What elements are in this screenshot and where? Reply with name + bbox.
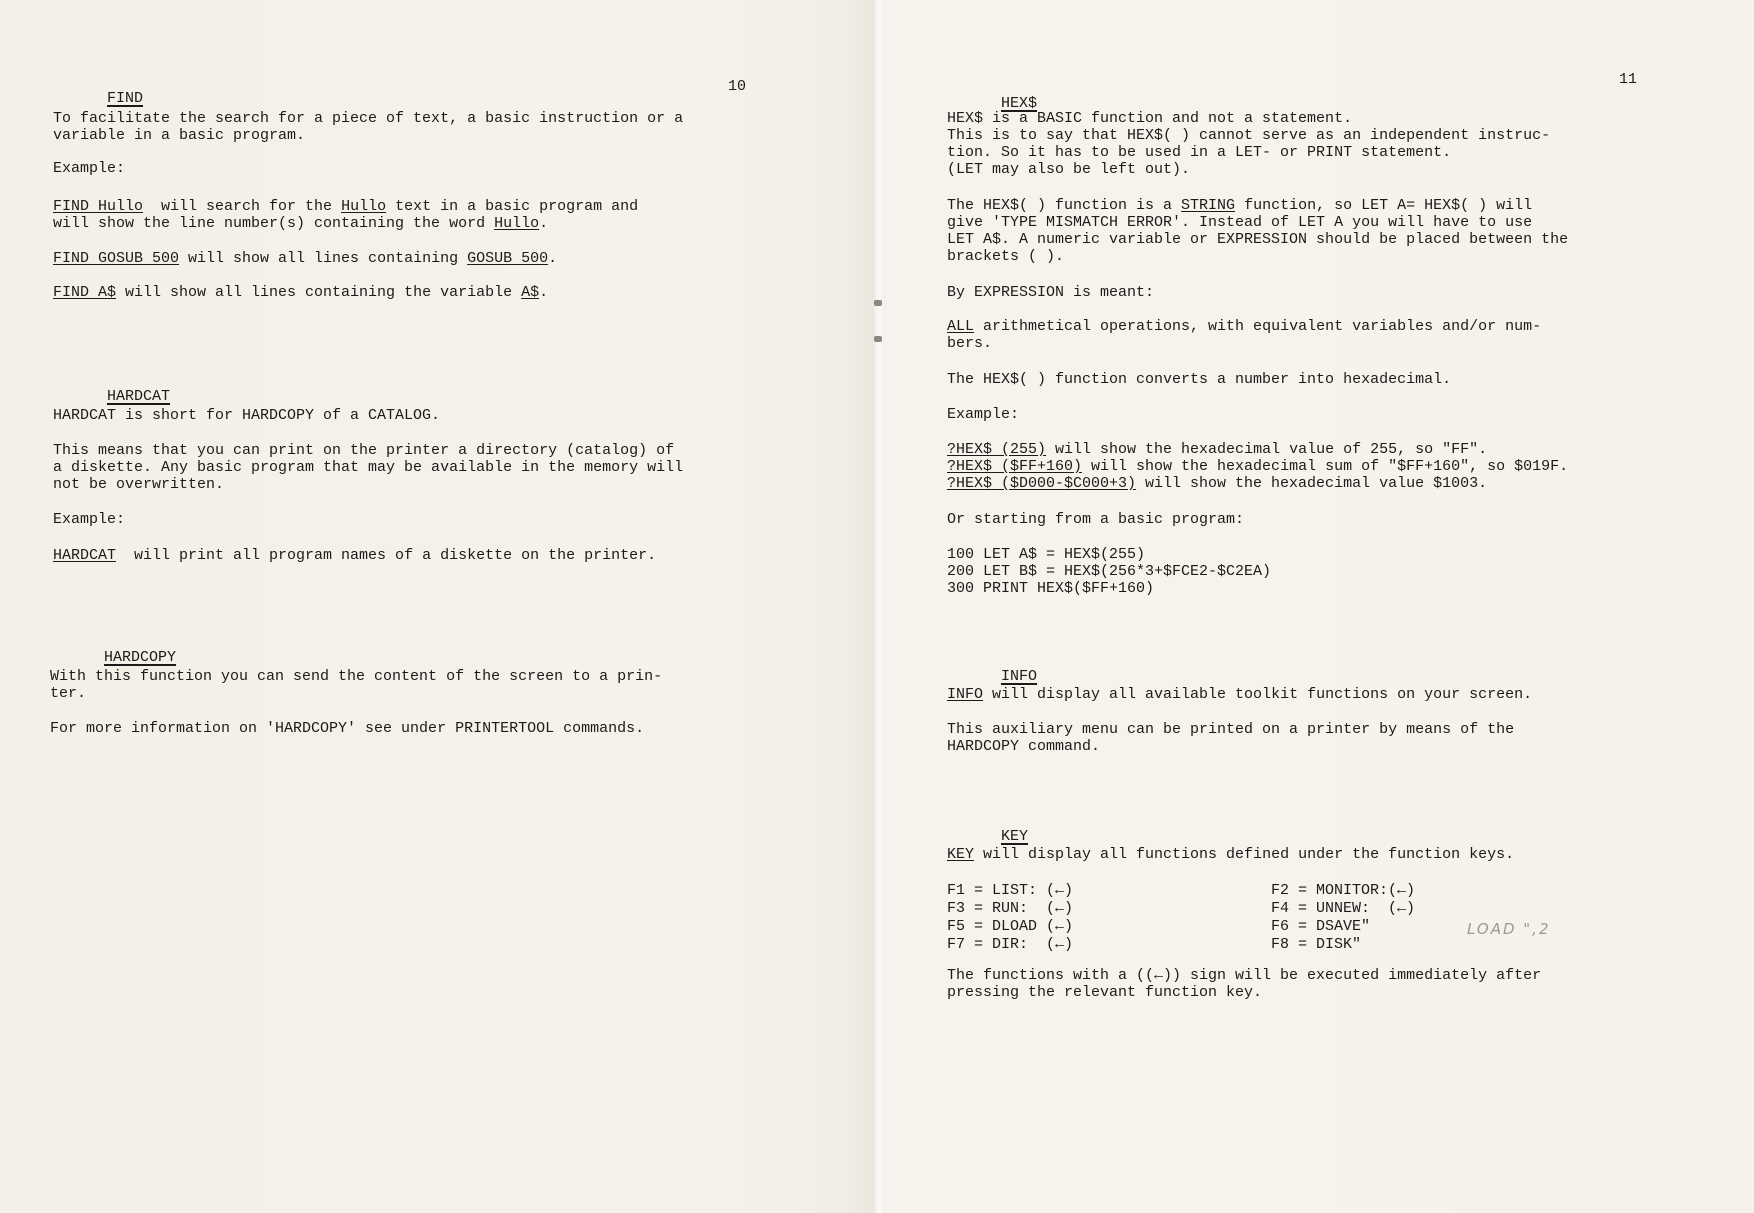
command: ?HEX$ ($D000-$C000+3): [947, 475, 1136, 492]
section-heading: HARDCAT: [107, 388, 170, 405]
section-heading: FIND: [107, 90, 143, 107]
command: FIND GOSUB 500: [53, 250, 179, 267]
hex-example-label: Example:: [947, 406, 1019, 423]
find-intro: To facilitate the search for a piece of …: [53, 110, 793, 144]
command: ?HEX$ ($FF+160): [947, 458, 1082, 475]
section-heading: INFO: [1001, 668, 1037, 685]
section-heading: HARDCOPY: [104, 649, 176, 666]
key-p2: The functions with a ((←)) sign will be …: [947, 967, 1727, 1001]
function-keys-odd: F1 = LIST: (←) F3 = RUN: (←) F5 = DLOAD …: [947, 882, 1073, 954]
hardcat-example-label: Example:: [53, 511, 125, 528]
hex-program-label: Or starting from a basic program:: [947, 511, 1244, 528]
find-example-2: FIND GOSUB 500 will show all lines conta…: [53, 250, 557, 267]
info-p2: This auxiliary menu can be printed on a …: [947, 721, 1727, 755]
hex-p1: HEX$ is a BASIC function and not a state…: [947, 110, 1727, 178]
hardcat-p1: HARDCAT is short for HARDCOPY of a CATAL…: [53, 407, 440, 424]
hardcat-example: HARDCAT will print all program names of …: [53, 547, 656, 564]
handwritten-note: LOAD ",2: [1467, 920, 1551, 938]
hex-example-line: ?HEX$ ($D000-$C000+3) will show the hexa…: [947, 475, 1747, 492]
page-number: 11: [1619, 71, 1637, 88]
hex-example-line: ?HEX$ (255) will show the hexadecimal va…: [947, 441, 1747, 458]
find-example-label: Example:: [53, 160, 125, 177]
hex-program-listing: 100 LET A$ = HEX$(255) 200 LET B$ = HEX$…: [947, 546, 1271, 597]
book-spine: [872, 0, 886, 1213]
function-key-table: F1 = LIST: (←) F3 = RUN: (←) F5 = DLOAD …: [947, 882, 1727, 962]
info-p1: INFO will display all available toolkit …: [947, 686, 1532, 703]
left-page: 10 FIND To facilitate the search for a p…: [0, 0, 870, 1213]
command: HARDCAT: [53, 547, 116, 564]
command: FIND A$: [53, 284, 116, 301]
staple: [874, 300, 882, 306]
command: ?HEX$ (255): [947, 441, 1046, 458]
hex-example-line: ?HEX$ ($FF+160) will show the hexadecima…: [947, 458, 1747, 475]
page-number: 10: [728, 78, 746, 95]
right-page: 11 HEX$ HEX$ is a BASIC function and not…: [886, 0, 1754, 1213]
section-heading: KEY: [1001, 828, 1028, 845]
hex-p3: By EXPRESSION is meant:: [947, 284, 1154, 301]
hardcat-p2: This means that you can print on the pri…: [53, 442, 833, 493]
hex-p5: The HEX$( ) function converts a number i…: [947, 371, 1451, 388]
hardcopy-p1: With this function you can send the cont…: [50, 668, 830, 702]
key-p1: KEY will display all functions defined u…: [947, 846, 1514, 863]
hex-p2: The HEX$( ) function is a STRING functio…: [947, 197, 1727, 265]
find-example-1: FIND Hullo will search for the Hullo tex…: [53, 198, 813, 232]
hex-examples: ?HEX$ (255) will show the hexadecimal va…: [947, 441, 1747, 492]
manual-spread: 10 FIND To facilitate the search for a p…: [0, 0, 1754, 1213]
staple: [874, 336, 882, 342]
hex-p4: ALL arithmetical operations, with equiva…: [947, 318, 1727, 352]
hardcopy-p2: For more information on 'HARDCOPY' see u…: [50, 720, 644, 737]
function-keys-even: F2 = MONITOR:(←) F4 = UNNEW: (←) F6 = DS…: [1271, 882, 1415, 954]
find-example-3: FIND A$ will show all lines containing t…: [53, 284, 548, 301]
command: FIND Hullo: [53, 198, 143, 215]
